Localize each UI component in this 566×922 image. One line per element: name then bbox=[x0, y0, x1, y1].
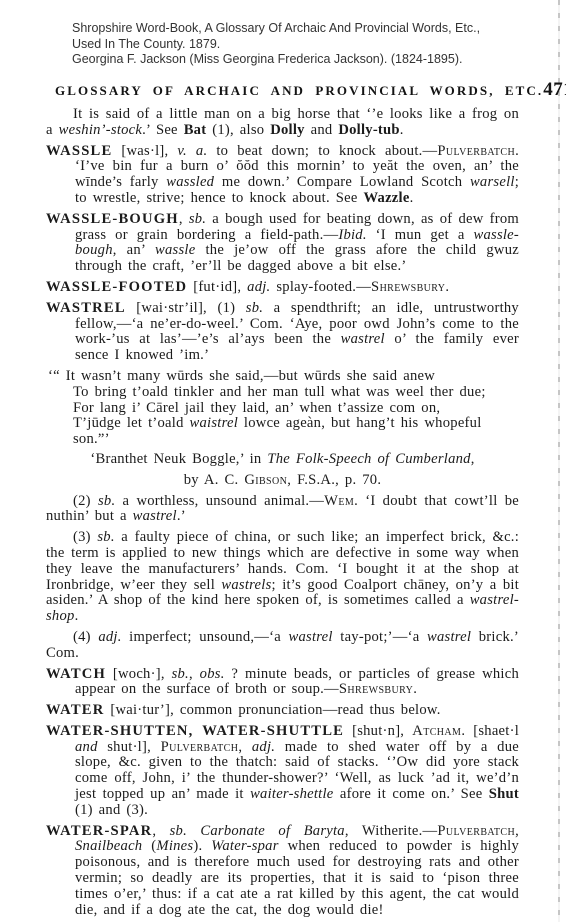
text-segment: ). bbox=[193, 838, 211, 854]
text-segment: The Folk-Speech of Cumberland bbox=[267, 451, 470, 467]
text-segment: [wai·str’il], (1) bbox=[126, 300, 246, 316]
text-segment: wastrels bbox=[221, 577, 271, 593]
text-segment: . bbox=[413, 681, 417, 697]
text-segment: shut·l], bbox=[98, 739, 161, 755]
entry-headword: WASSLE bbox=[46, 143, 112, 159]
text-segment: a worthless, unsound animal.— bbox=[115, 493, 324, 509]
page-body: It is said of a little man on a big hors… bbox=[46, 107, 519, 922]
text-segment: , an’ bbox=[113, 242, 155, 258]
paragraph: It is said of a little man on a big hors… bbox=[46, 107, 519, 139]
text-segment: tay-pot;’—‘a bbox=[333, 629, 427, 645]
verse-quote: ‘“ It wasn’t many wūrds she said,—but wū… bbox=[46, 369, 519, 448]
text-segment: splay-footed.— bbox=[270, 279, 371, 295]
text-segment: (1), also bbox=[206, 122, 270, 138]
text-segment: Mines bbox=[156, 838, 193, 854]
entry-headword: WASSLE-BOUGH bbox=[46, 211, 179, 227]
text-segment: , bbox=[179, 211, 189, 227]
text-segment: Shut bbox=[489, 786, 519, 802]
text-segment: Pulverbatch bbox=[437, 143, 515, 159]
text-segment: Atcham bbox=[412, 723, 461, 739]
text-segment: Shrewsbury bbox=[371, 279, 445, 295]
scanned-page: Shropshire Word-Book, A Glossary Of Arch… bbox=[0, 0, 566, 922]
text-segment: Ibid. bbox=[338, 227, 366, 243]
paragraph: ‘Branthet Neuk Boggle,’ in The Folk-Spee… bbox=[46, 452, 519, 468]
text-segment: Dolly bbox=[270, 122, 305, 138]
glossary-entry: WATER-SHUTTEN, WATER-SHUTTLE [shut·n], A… bbox=[46, 724, 519, 819]
text-segment: Snailbeach bbox=[75, 838, 142, 854]
paragraph: (3) sb. a faulty piece of china, or such… bbox=[46, 530, 519, 625]
entry-headword: WATER bbox=[46, 702, 104, 718]
text-segment: wassle bbox=[155, 242, 195, 258]
scan-edge-artifact bbox=[558, 0, 560, 922]
text-segment: wastrel bbox=[133, 508, 177, 524]
text-segment: wastrel bbox=[289, 629, 333, 645]
text-segment: [was·l], bbox=[112, 143, 177, 159]
book-title-line: Shropshire Word-Book, A Glossary Of Arch… bbox=[72, 21, 526, 37]
verse-line: For lang i’ Cārel jail they laid, an’ wh… bbox=[73, 401, 519, 417]
text-segment: Dolly-tub bbox=[338, 122, 399, 138]
text-segment: sb. bbox=[246, 300, 263, 316]
text-segment: sb. Carbonate of Baryta bbox=[170, 823, 345, 839]
text-segment: warsell bbox=[470, 174, 515, 190]
text-segment: . bbox=[445, 279, 449, 295]
text-segment: wastrel bbox=[341, 331, 385, 347]
text-segment: . bbox=[400, 122, 404, 138]
text-segment: .’ bbox=[177, 508, 186, 524]
text-segment: weshin’-stock bbox=[59, 122, 143, 138]
scan-metadata-header: Shropshire Word-Book, A Glossary Of Arch… bbox=[72, 21, 526, 68]
text-segment: , Witherite.— bbox=[345, 823, 438, 839]
glossary-entry: WASSLE-BOUGH, sb. a bough used for beati… bbox=[46, 212, 519, 275]
text-segment: ( bbox=[142, 838, 156, 854]
text-segment: sb. bbox=[189, 211, 206, 227]
text-segment: To bring t’oald tinkler and her man tull… bbox=[73, 384, 486, 400]
paragraph: (4) adj. imperfect; unsound,—‘a wastrel … bbox=[46, 630, 519, 662]
text-segment: imperfect; unsound,—‘a bbox=[122, 629, 289, 645]
verse-line: ‘“ It wasn’t many wūrds she said,—but wū… bbox=[73, 369, 519, 385]
text-segment: [wai·tur’], common pronunciation—read th… bbox=[104, 702, 440, 718]
text-segment: ‘Branthet Neuk Boggle,’ in bbox=[90, 451, 267, 467]
text-segment: , bbox=[189, 666, 200, 682]
text-segment: (1) and (3). bbox=[75, 802, 148, 818]
entry-headword: WASTREL bbox=[46, 300, 126, 316]
text-segment: by A. C. bbox=[184, 472, 245, 488]
text-segment: Bat bbox=[184, 122, 207, 138]
text-segment: (4) bbox=[73, 629, 98, 645]
text-segment: . bbox=[75, 608, 79, 624]
glossary-entry: WASSLE [was·l], v. a. to beat down; to k… bbox=[46, 144, 519, 207]
glossary-entry: WATCH [woch·], sb., obs. ? minute beads,… bbox=[46, 667, 519, 699]
text-segment: [fut·id], bbox=[187, 279, 247, 295]
text-segment: waistrel bbox=[190, 415, 239, 431]
text-segment: Wem bbox=[324, 493, 354, 509]
page-number: 471 bbox=[543, 79, 566, 101]
glossary-entry: WATER-SPAR, sb. Carbonate of Baryta, Wit… bbox=[46, 824, 519, 919]
text-segment: afore it come on.’ See bbox=[334, 786, 489, 802]
book-subtitle-line: Used In The County. 1879. bbox=[72, 37, 526, 53]
text-segment: sb. bbox=[98, 493, 115, 509]
text-segment: Pulverbatch bbox=[437, 823, 515, 839]
book-author-line: Georgina F. Jackson (Miss Georgina Frede… bbox=[72, 52, 526, 68]
text-segment: Water-spar bbox=[211, 838, 278, 854]
paragraph: by A. C. Gibson, F.S.A., p. 70. bbox=[46, 473, 519, 489]
text-segment: Wazzle bbox=[364, 190, 410, 206]
text-segment: sb. bbox=[97, 529, 114, 545]
entry-headword: WATER-SPAR bbox=[46, 823, 152, 839]
text-segment: T’jūdge let t’oald bbox=[73, 415, 190, 431]
paragraph: (2) sb. a worthless, unsound animal.—Wem… bbox=[46, 494, 519, 526]
text-segment: sb. bbox=[172, 666, 189, 682]
glossary-entry: WATER [wai·tur’], common pronunciation—r… bbox=[46, 703, 519, 719]
text-segment: v. a. bbox=[177, 143, 207, 159]
entry-headword: WATCH bbox=[46, 666, 106, 682]
text-segment: (2) bbox=[73, 493, 98, 509]
text-segment: adj. bbox=[98, 629, 121, 645]
page-title: GLOSSARY OF ARCHAIC AND PROVINCIAL WORDS… bbox=[55, 83, 543, 99]
text-segment: , bbox=[238, 739, 252, 755]
text-segment: , F.S.A., p. 70. bbox=[287, 472, 381, 488]
verse-line: T’jūdge let t’oald waistrel lowce ageàn,… bbox=[73, 416, 519, 448]
text-segment: , bbox=[152, 823, 169, 839]
text-segment: and bbox=[75, 739, 98, 755]
entry-headword: WASSLE-FOOTED bbox=[46, 279, 187, 295]
text-segment: [shut·n], bbox=[344, 723, 412, 739]
text-segment: waiter-shettle bbox=[250, 786, 333, 802]
text-segment: wassled bbox=[166, 174, 214, 190]
text-segment: and bbox=[305, 122, 339, 138]
text-segment: wastrel bbox=[427, 629, 471, 645]
text-segment: adj. bbox=[247, 279, 270, 295]
text-segment: obs. bbox=[200, 666, 225, 682]
text-segment: .’ See bbox=[142, 122, 184, 138]
text-segment: , bbox=[515, 823, 519, 839]
glossary-entry: WASTREL [wai·str’il], (1) sb. a spendthr… bbox=[46, 301, 519, 364]
text-segment: adj. bbox=[252, 739, 275, 755]
text-segment: Shrewsbury bbox=[339, 681, 413, 697]
verse-line: To bring t’oald tinkler and her man tull… bbox=[73, 385, 519, 401]
text-segment: . bbox=[410, 190, 414, 206]
text-segment: to beat down; to knock about.— bbox=[207, 143, 437, 159]
glossary-entry: WASSLE-FOOTED [fut·id], adj. splay-foote… bbox=[46, 280, 519, 296]
text-segment: ‘“ It wasn’t many wūrds she said,—but wū… bbox=[48, 368, 435, 384]
text-segment: (3) bbox=[73, 529, 97, 545]
text-segment: me down.’ Compare Lowland Scotch bbox=[214, 174, 470, 190]
text-segment: Pulverbatch bbox=[161, 739, 239, 755]
entry-headword: WATER-SHUTTEN, WATER-SHUTTLE bbox=[46, 723, 344, 739]
text-segment: ‘I mun get a bbox=[367, 227, 474, 243]
text-segment: . [shaet·l bbox=[461, 723, 519, 739]
text-segment: Gibson bbox=[244, 472, 287, 488]
text-segment: For lang i’ Cārel jail they laid, an’ wh… bbox=[73, 400, 440, 416]
text-segment: , bbox=[471, 451, 475, 467]
text-segment: [woch·], bbox=[106, 666, 172, 682]
running-head: GLOSSARY OF ARCHAIC AND PROVINCIAL WORDS… bbox=[55, 79, 518, 101]
